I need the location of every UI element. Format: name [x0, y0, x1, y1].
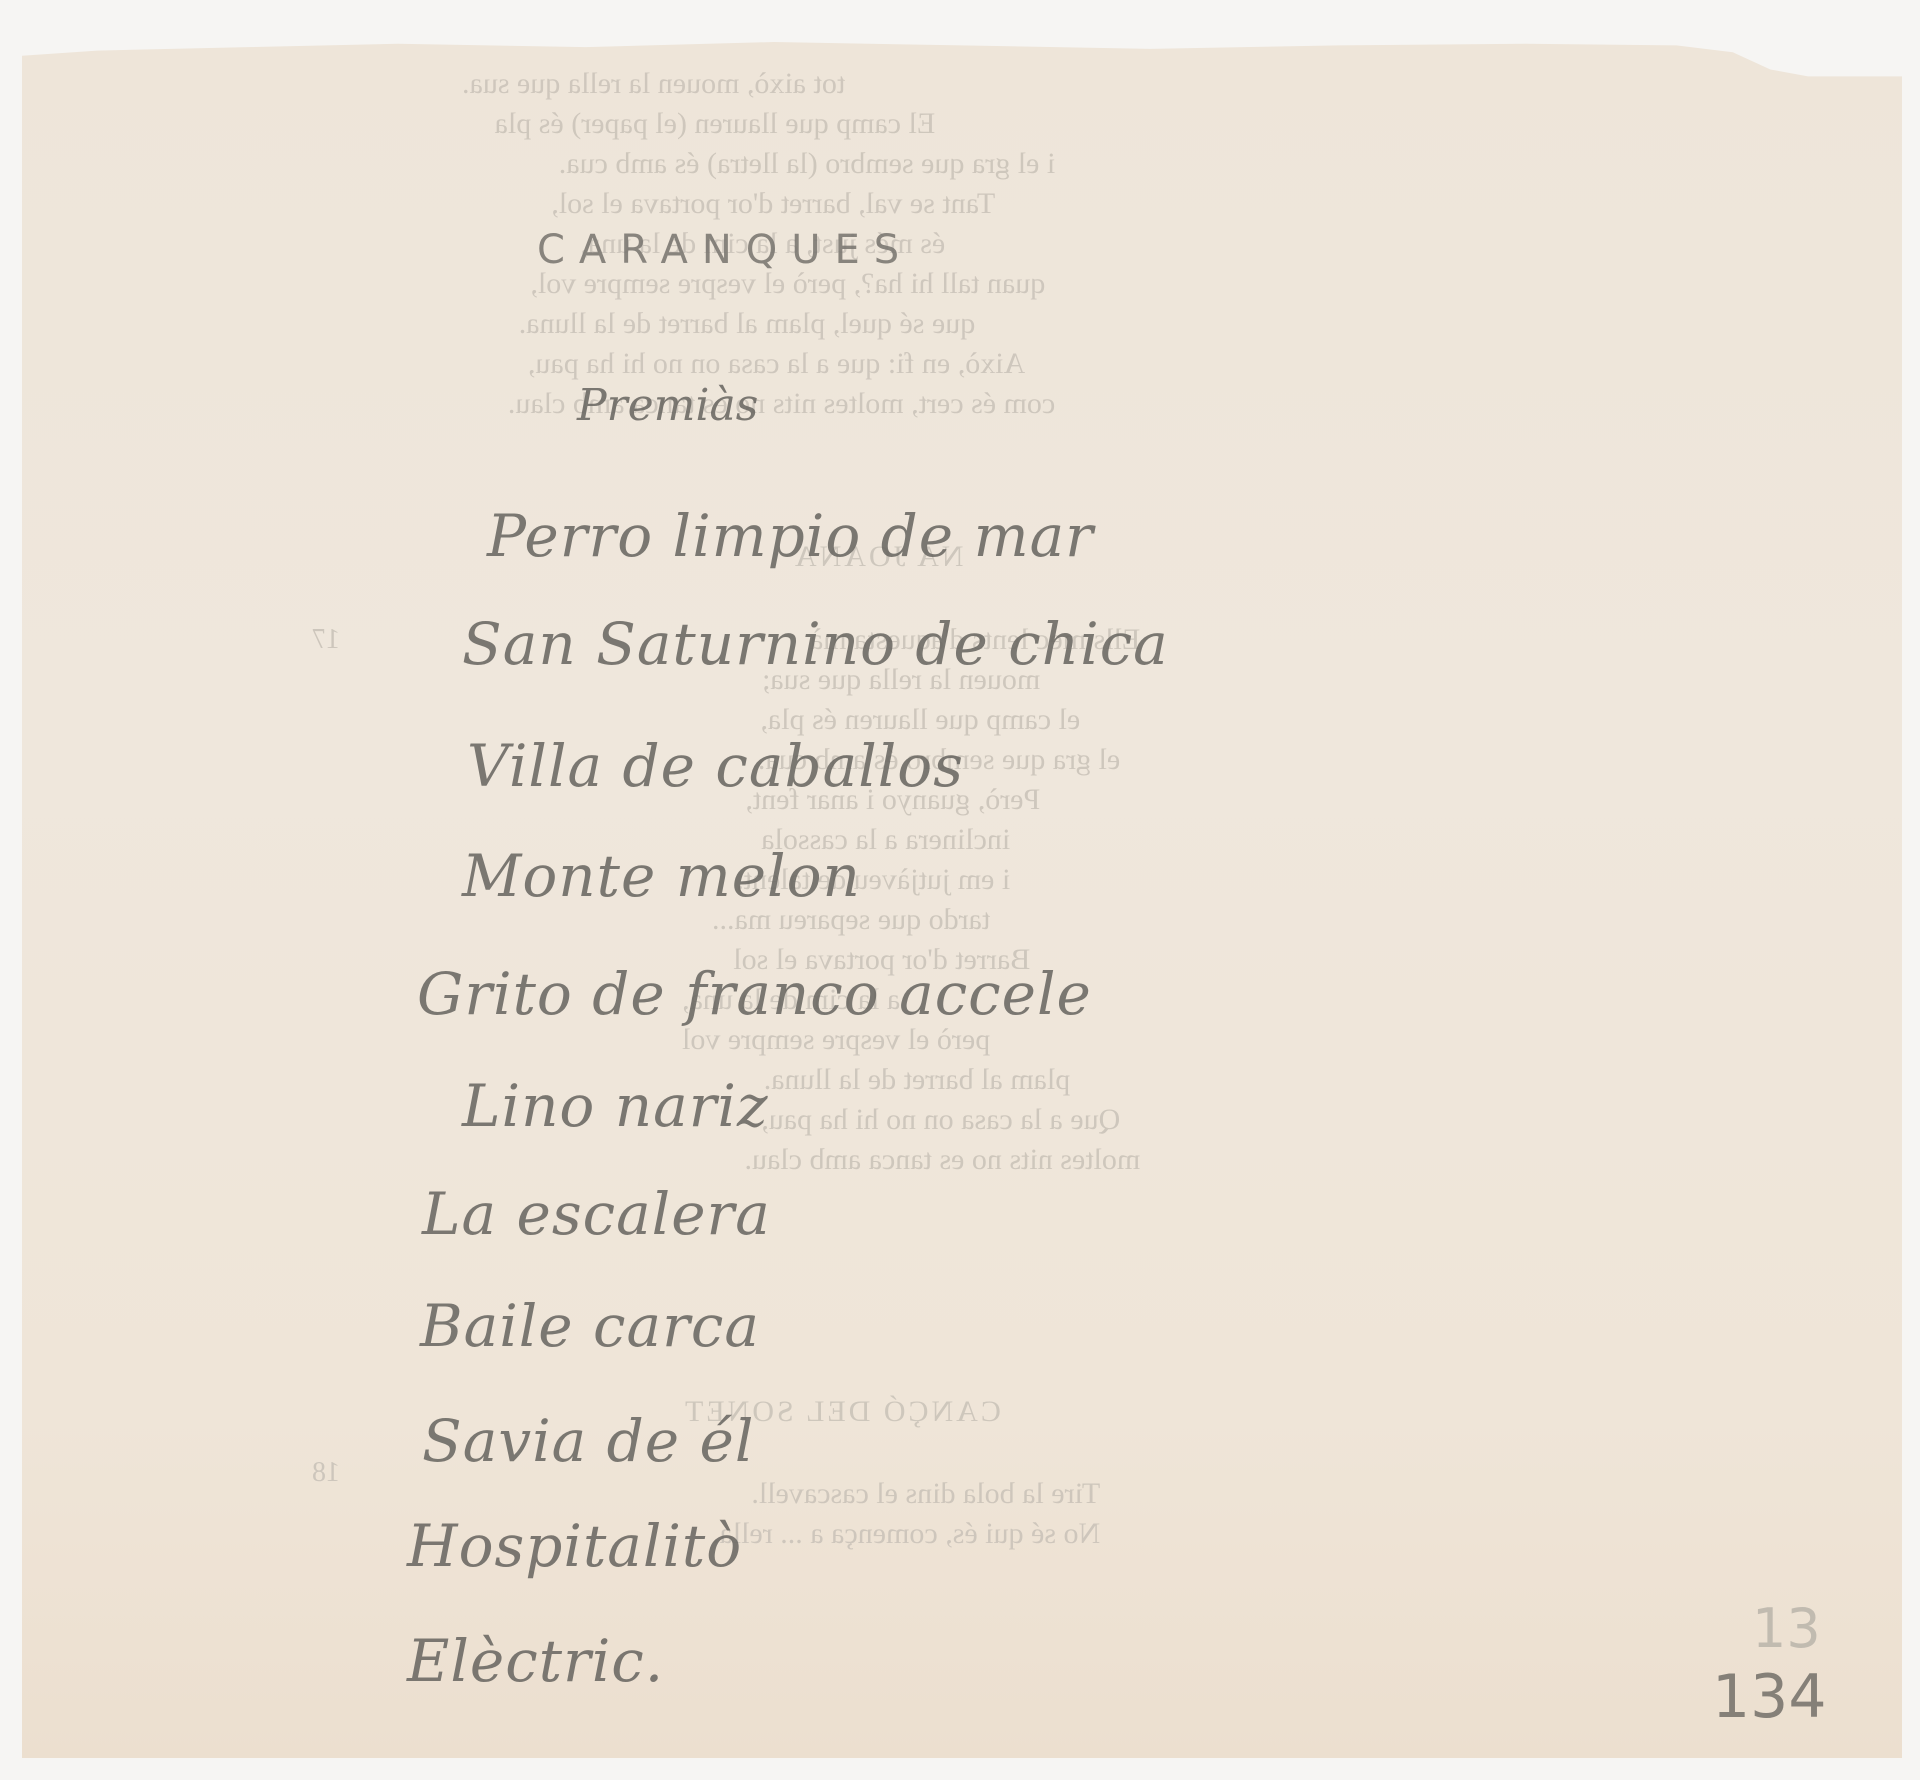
bleed-line: que sé quel, plam al barret de la lluna. — [462, 304, 1055, 344]
archive-number-faint: 13 — [1752, 1597, 1821, 1660]
bleed-line: com és cert, moltes nits no es tanca amb… — [462, 384, 1055, 424]
handwritten-subtitle: Premiàs — [577, 380, 758, 431]
bleed-line: El camp que llauren (el paper) és pla — [462, 104, 1055, 144]
list-item: Elèctric. — [407, 1627, 664, 1695]
list-item: San Saturnino de chica — [462, 610, 1169, 678]
list-item: Villa de caballos — [467, 732, 964, 800]
list-item: Perro limpio de mar — [487, 502, 1094, 570]
list-item: Monte melon — [462, 842, 861, 910]
list-item: Grito de franco accele — [417, 960, 1092, 1028]
bleed-line: Tire la bola dins el cascavell. — [712, 1474, 1100, 1514]
bleed-line: moltes nits no es tanca amb clau. — [682, 1140, 1140, 1180]
handwritten-title: CARANQUES — [537, 227, 913, 273]
list-item: Hospitalitò — [407, 1512, 742, 1580]
paper-sheet: tot això, mouen la rella que sua. El cam… — [22, 42, 1902, 1758]
list-item: Savia de él — [422, 1407, 754, 1475]
list-item: Baile carca — [420, 1292, 760, 1360]
bleed-line: No sé qui és, comença a ... rella. — [712, 1514, 1100, 1554]
list-item: Lino nariz — [462, 1072, 769, 1140]
archive-number: 134 — [1712, 1662, 1827, 1732]
bleed-through-bottom-block: Tire la bola dins el cascavell. No sé qu… — [712, 1474, 1100, 1554]
bleed-page-number-17: 17 — [312, 624, 340, 656]
list-item: La escalera — [422, 1180, 771, 1248]
bleed-line: Tant se val, barret d'or portava el sol, — [462, 184, 1055, 224]
bleed-line: Això, en fi: que a la casa on no hi ha p… — [462, 344, 1055, 384]
bleed-line: i el gra que sembro (la lletra) és amb c… — [462, 144, 1055, 184]
bleed-line: tot això, mouen la rella que sua. — [462, 64, 1055, 104]
bleed-page-number-18: 18 — [312, 1457, 340, 1489]
